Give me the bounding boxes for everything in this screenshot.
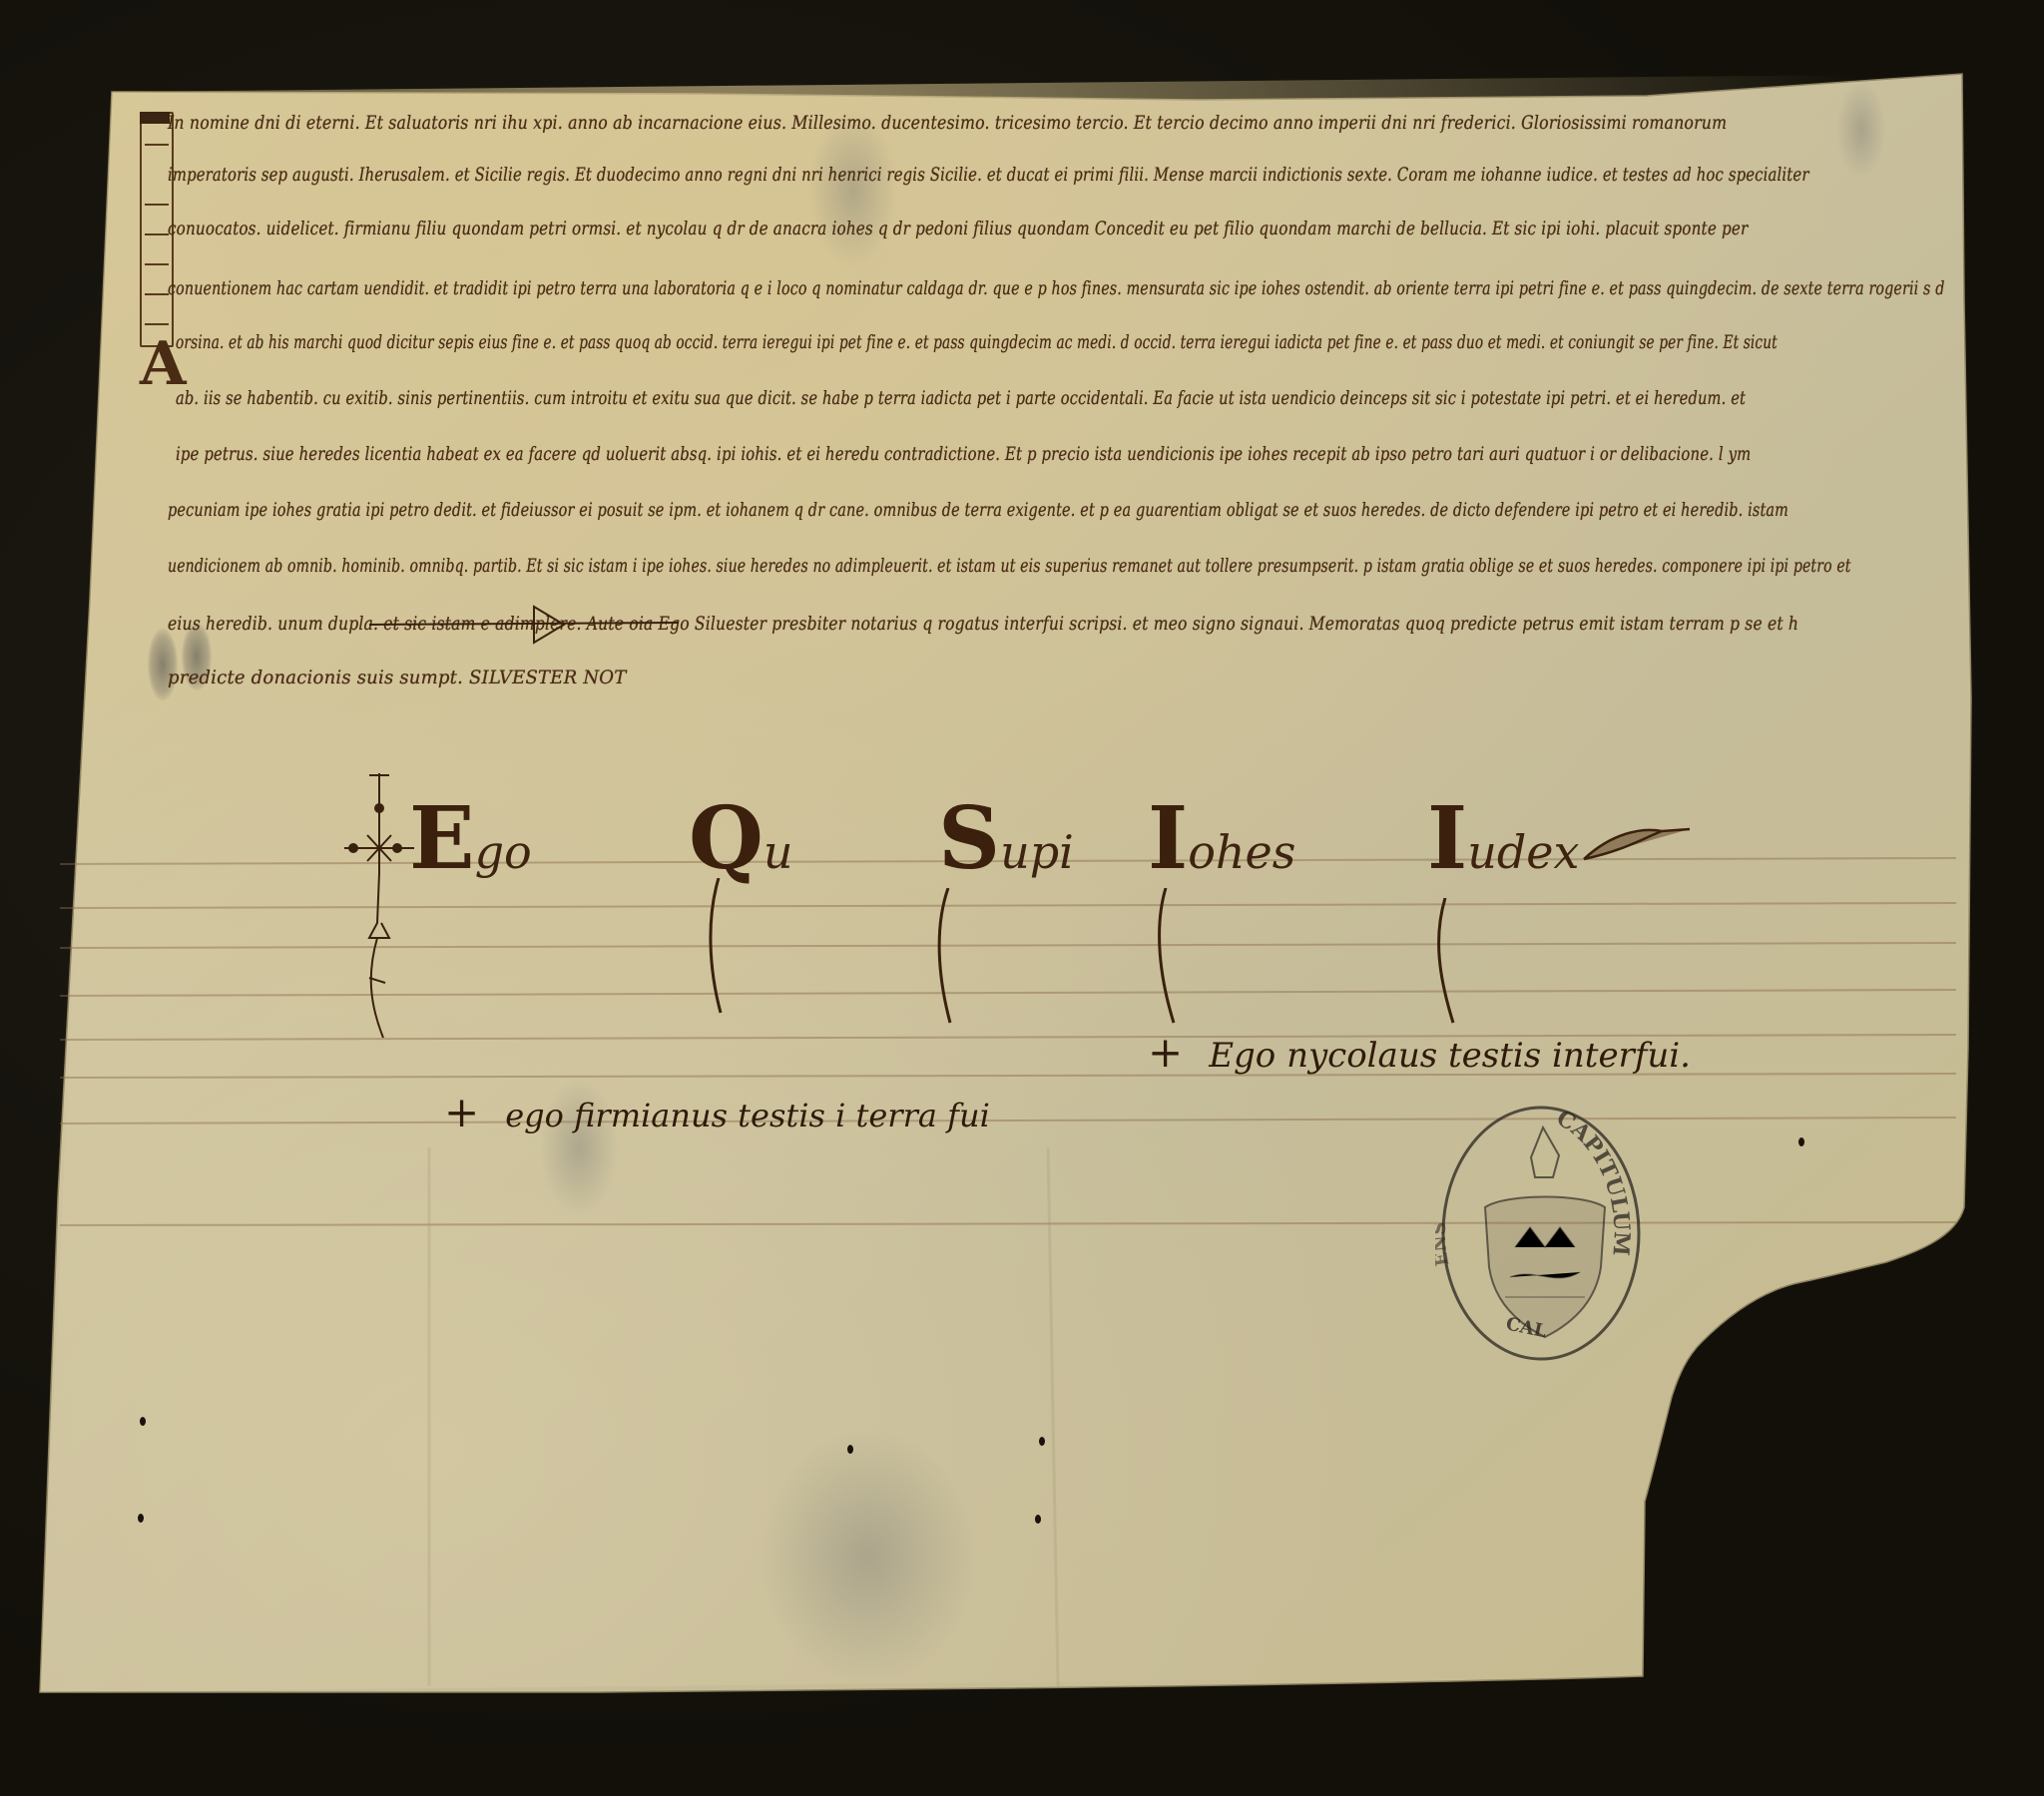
witness-subscription-nycolaus: +Ego nycolaus testis interfui. (1148, 1028, 1691, 1077)
text-line-3: conuocatos. uidelicet. firmianu filiu qu… (168, 218, 1748, 239)
thumb-smudge-left (148, 629, 178, 700)
signum-cross-icon (339, 773, 419, 1043)
signature-iohannes: Iohes (1148, 788, 1295, 889)
pin-hole (138, 1514, 144, 1523)
witness-cross-icon: + (1148, 1028, 1183, 1077)
text-line-9: uendicionem ab omnib. hominib. omnibq. p… (168, 555, 1851, 577)
pin-hole (140, 1417, 146, 1426)
text-line-7: ipe petrus. siue heredes licentia habeat… (176, 443, 1751, 465)
water-stain-bottom (759, 1427, 978, 1686)
signature-qui: Qu (689, 788, 793, 889)
svg-text:ENS: ENS (1435, 1221, 1453, 1267)
pin-hole (847, 1445, 853, 1454)
pin-hole (1035, 1515, 1041, 1524)
pin-hole (1798, 1137, 1804, 1146)
pin-hole (1039, 1437, 1045, 1446)
signature-supra: Supi (938, 788, 1074, 889)
signature-flourish-icon (1582, 823, 1692, 863)
signature-qui-descender (699, 878, 739, 1018)
witness-subscription-firmianus: +ego firmianus testis i terra fui (444, 1088, 990, 1136)
text-line-8: pecuniam ipe iohes gratia ipi petro dedi… (168, 499, 1788, 521)
water-stain-top (808, 110, 898, 269)
text-line-4: conuentionem hac cartam uendidit. et tra… (168, 277, 1944, 299)
witness-cross-icon: + (444, 1088, 479, 1136)
text-line-11: predicte donacionis suis sumpt. SILVESTE… (168, 667, 627, 688)
signature-iudex-descender (1427, 898, 1467, 1028)
text-line-5: orsina. et ab his marchi quod dicitur se… (176, 331, 1778, 353)
archive-stamp-icon: CAPITULUM ENS CAL (1435, 1098, 1647, 1365)
signature-ego: Ego (409, 788, 532, 889)
signature-iohannes-descender (1148, 888, 1188, 1028)
signature-supra-descender (926, 888, 966, 1028)
text-line-2: imperatoris sep augusti. Iherusalem. et … (168, 164, 1809, 186)
text-line-1: In nomine dni di eterni. Et saluatoris n… (168, 112, 1727, 134)
signature-iudex: Iudex (1427, 788, 1579, 889)
signature-monograms: Ego Qu Supi Iohes Iudex (0, 768, 2044, 1068)
notary-flourish (369, 599, 689, 649)
water-stain-top-right (1836, 80, 1886, 180)
text-line-6: ab. iis se habentib. cu exitib. sinis pe… (176, 387, 1746, 409)
